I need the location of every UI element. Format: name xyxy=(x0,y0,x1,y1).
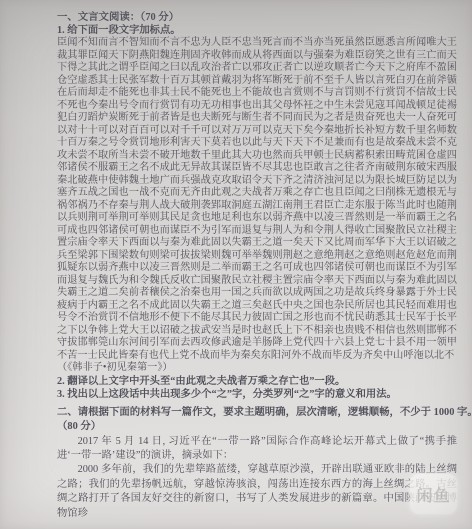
xianyu-watermark-badge: 闲鱼 xyxy=(410,474,457,514)
classical-passage: 臣闻不知而言不智知而不言不忠为人臣不忠当死言而不当亦当死虽然臣愿悉言所闻唯大王裁… xyxy=(57,37,457,362)
question-2: 2. 翻译以上文字中开头至“由此观之夫战者万乘之存亡也”一段。 xyxy=(57,375,457,388)
section2: 二、请根据下面的材料写一篇作文，要求主题明确，层次清晰，逻辑顺畅，不少于 100… xyxy=(57,406,457,521)
exam-paper-photo: 一、文言文阅读：（70 分） 1. 给下面一段文字加标点。 臣闻不知而言不智知而… xyxy=(0,0,472,529)
essay-material-quote: 2000 多年前，我们的先辈筚路蓝缕，穿越草原沙漠，开辟出联通亚欧非的陆上丝绸之… xyxy=(57,463,457,521)
xianyu-watermark-text: 闲鱼 xyxy=(416,483,450,506)
question-3: 3. 找出以上这段话中共出现多少个“之”字，分类罗列“之”字的意义和用法。 xyxy=(57,388,457,401)
section2-score: （80 分） xyxy=(57,420,457,435)
passage-citation: （《韩非子•初见秦第一》） xyxy=(57,362,457,375)
exam-page-content: 一、文言文阅读：（70 分） 1. 给下面一段文字加标点。 臣闻不知而言不智知而… xyxy=(57,11,457,521)
section2-heading: 二、请根据下面的材料写一篇作文，要求主题明确，层次清晰，逻辑顺畅，不少于 100… xyxy=(57,406,457,421)
section1-heading: 一、文言文阅读：（70 分） xyxy=(57,11,457,24)
question-1: 1. 给下面一段文字加标点。 xyxy=(57,24,457,37)
essay-material-intro: 2017 年 5 月 14 日, 习近平在“一带一路”国际合作高峰论坛开幕式上做… xyxy=(57,435,457,464)
